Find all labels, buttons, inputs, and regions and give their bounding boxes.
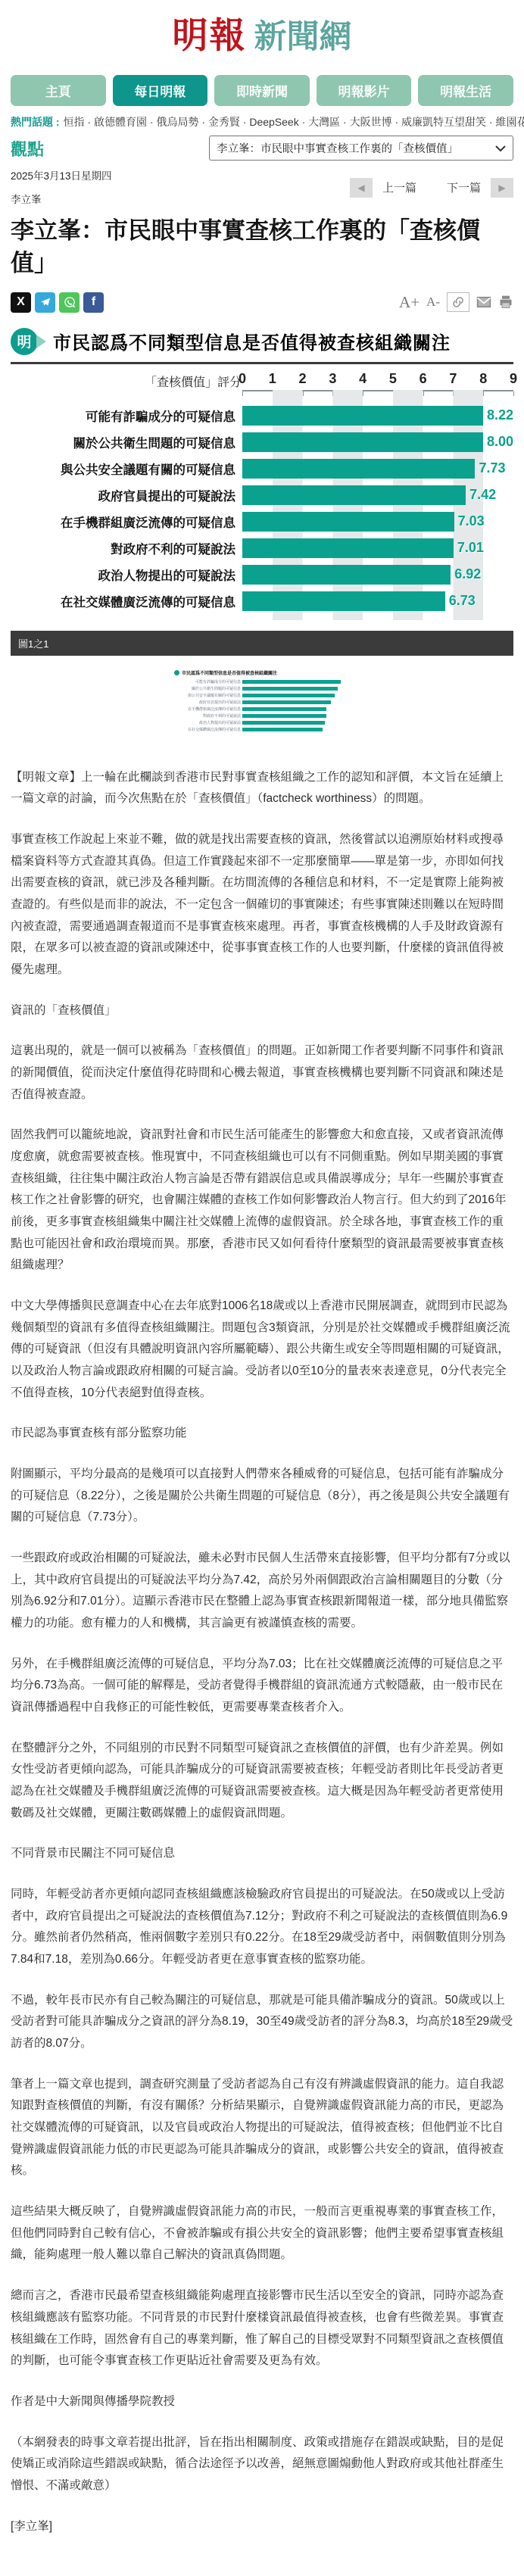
chart-bar bbox=[242, 459, 475, 479]
next-article-arrow-icon[interactable]: ▶ bbox=[491, 178, 513, 198]
axis-tick-label: 7 bbox=[449, 371, 457, 387]
mini-chart-row: 可能有詐騙成分的可疑信息 bbox=[174, 678, 350, 685]
chart-bar bbox=[242, 591, 445, 611]
main-nav: 主頁每日明報即時新聞明報影片明報生活 bbox=[0, 75, 524, 106]
article-paragraph: 不過，較年長市民亦有自己較為關注的可疑信息，那就是可能具備詐騙成分的資訊。50歲… bbox=[11, 1990, 513, 2055]
logo-newsnet: 新聞網 bbox=[254, 19, 352, 55]
section-title: 觀點 bbox=[11, 137, 44, 161]
chart-bar-value: 7.42 bbox=[469, 487, 496, 503]
article-body: 【明報文章】上一輪在此欄談到香港市民對事實查核組織之工作的認知和評價，本文旨在延… bbox=[0, 736, 524, 2576]
article-paragraph: 固然我們可以籠統地說，資訊對社會和市民生活可能產生的影響愈大和愈直接，又或者資訊… bbox=[11, 1124, 513, 1277]
chart-bar bbox=[242, 485, 466, 505]
mini-chart-row: 在手機群組廣泛流傳的可疑信息 bbox=[174, 706, 350, 713]
page: 明報新聞網 主頁每日明報即時新聞明報影片明報生活 熱門話題 :恒指 · 啟德體育… bbox=[0, 0, 524, 2576]
next-article-link[interactable]: 下一篇 bbox=[447, 179, 481, 195]
mini-chart-header: 市民認爲不同類型信息是否值得被查核組織關注 bbox=[174, 669, 350, 676]
axis-tick-label: 2 bbox=[299, 371, 307, 387]
site-logo[interactable]: 明報新聞網 bbox=[0, 0, 524, 63]
hot-topics-list[interactable]: 恒指 · 啟德體育園 · 俄烏局勢 · 金秀賢 · DeepSeek · 大灣區… bbox=[64, 116, 524, 128]
article-paragraph: 附圖顯示，平均分最高的是幾項可以直接對人們帶來各種威脅的可疑信息，包括可能有詐騙… bbox=[11, 1464, 513, 1529]
chart-axis-label: 「查核價值」評分 bbox=[11, 371, 242, 390]
chart-bar-label: 政府官員提出的可疑說法 bbox=[11, 486, 242, 504]
hot-topics-bar: 熱門話題 :恒指 · 啟德體育園 · 俄烏局勢 · 金秀賢 · DeepSeek… bbox=[0, 106, 524, 129]
prev-article-arrow-icon[interactable]: ◀ bbox=[350, 178, 373, 198]
mini-chart-row: 在社交媒體廣泛流傳的可疑信息 bbox=[174, 726, 350, 733]
printer-icon bbox=[498, 295, 513, 310]
article-author: 李立峯 bbox=[11, 191, 112, 206]
font-size-increase-button[interactable]: A+ bbox=[399, 293, 420, 312]
mini-chart: 市民認爲不同類型信息是否值得被查核組織關注 可能有詐騙成分的可疑信息關於公共衛生… bbox=[174, 669, 350, 733]
axis-tick-mark bbox=[513, 391, 514, 396]
chart-bar-value: 8.22 bbox=[487, 407, 513, 423]
article-paragraph: 中文大學傳播與民意調查中心在去年底對1006名18歲或以上香港市民開展調查，就問… bbox=[11, 1296, 513, 1404]
chart-bar bbox=[242, 538, 454, 558]
article-paragraph: 在整體評分之外，不同組別的市民對不同類型可疑資訊之查核價值的評價，也有少許差異。… bbox=[11, 1738, 513, 1825]
mingpao-bubble-icon: 明 bbox=[11, 328, 38, 355]
article-paragraph: 一些跟政府或政治相關的可疑說法，雖未必對市民個人生活帶來直接影響，但平均分都有7… bbox=[11, 1548, 513, 1635]
axis-tick-label: 8 bbox=[479, 371, 487, 387]
article-paragraph: [李立峯] bbox=[11, 2516, 513, 2538]
chart-row: 關於公共衛生問題的可疑信息8.00 bbox=[11, 432, 513, 452]
chart-bar-track: 8.00 bbox=[242, 432, 513, 452]
article-tools: A+ A- bbox=[399, 292, 513, 312]
share-x-icon[interactable]: X bbox=[11, 292, 31, 313]
chart-bar-value: 7.73 bbox=[479, 460, 505, 476]
mini-bubble-icon bbox=[174, 670, 179, 675]
article-paragraph: 作者是中大新聞與傳播學院教授 bbox=[11, 2391, 513, 2413]
article-paragraph: 不同背景市民關注不同可疑信息 bbox=[11, 1843, 513, 1865]
font-size-decrease-button[interactable]: A- bbox=[426, 295, 440, 310]
share-telegram-icon[interactable] bbox=[35, 292, 55, 313]
chart-bar-track: 7.03 bbox=[242, 512, 513, 532]
chart-row: 在社交媒體廣泛流傳的可疑信息6.73 bbox=[11, 591, 513, 611]
chart-bar-label: 可能有詐騙成分的可疑信息 bbox=[11, 407, 242, 425]
article-select-value: 李立峯：市民眼中事實查核工作裏的「查核價值」 bbox=[217, 140, 458, 156]
article-paragraph: 另外，在手機群組廣泛流傳的可疑信息，平均分為7.03；比在社交媒體廣泛流傳的可疑… bbox=[11, 1654, 513, 1719]
article-figure-thumbnail[interactable]: 市民認爲不同類型信息是否值得被查核組織關注 可能有詐騙成分的可疑信息關於公共衛生… bbox=[0, 669, 524, 733]
axis-tick-label: 4 bbox=[359, 371, 366, 387]
chart-bar-track: 6.73 bbox=[242, 591, 513, 611]
chart-divider bbox=[11, 362, 513, 364]
chart-axis-row: 「查核價值」評分 0123456789 bbox=[11, 371, 513, 390]
chart-row: 可能有詐騙成分的可疑信息8.22 bbox=[11, 406, 513, 426]
chart-bar-label: 關於公共衛生問題的可疑信息 bbox=[11, 433, 242, 451]
print-button[interactable] bbox=[498, 295, 513, 310]
chevron-down-icon bbox=[495, 145, 506, 152]
chart-row: 在手機群組廣泛流傳的可疑信息7.03 bbox=[11, 512, 513, 532]
axis-tick-label: 9 bbox=[510, 371, 517, 387]
share-facebook-icon[interactable]: f bbox=[83, 292, 104, 313]
article-pager: ◀ 上一篇 下一篇 ▶ bbox=[350, 169, 513, 206]
chart-title: 市民認爲不同類型信息是否值得被查核組織關注 bbox=[53, 328, 451, 354]
chart-bar-label: 與公共安全議題有關的可疑信息 bbox=[11, 460, 242, 478]
logo-mingpao: 明報 bbox=[173, 15, 247, 57]
chart-row: 政府官員提出的可疑說法7.42 bbox=[11, 485, 513, 505]
nav-tab[interactable]: 主頁 bbox=[11, 75, 106, 106]
axis-tick-label: 0 bbox=[239, 371, 246, 387]
chart-bar-label: 對政府不利的可疑說法 bbox=[11, 539, 242, 557]
chart-bar-track: 7.73 bbox=[242, 459, 513, 479]
article-select-dropdown[interactable]: 李立峯：市民眼中事實查核工作裏的「查核價值」 bbox=[209, 136, 513, 161]
chart-header: 明 市民認爲不同類型信息是否值得被查核組織關注 bbox=[11, 328, 513, 362]
copy-link-button[interactable] bbox=[447, 292, 469, 312]
chart-bar-value: 7.03 bbox=[458, 513, 485, 529]
hot-topics-label: 熱門話題 : bbox=[11, 116, 60, 128]
chart-bar bbox=[242, 432, 483, 452]
chart-rows: 可能有詐騙成分的可疑信息8.22關於公共衛生問題的可疑信息8.00與公共安全議題… bbox=[11, 395, 513, 620]
chart-row: 與公共安全議題有關的可疑信息7.73 bbox=[11, 459, 513, 479]
article-paragraph: 資訊的「查核價值」 bbox=[11, 1000, 513, 1022]
chart-bar-track: 8.22 bbox=[242, 406, 513, 426]
chart-bar bbox=[242, 565, 451, 585]
chart-module: 明 市民認爲不同類型信息是否值得被查核組織關注 「查核價值」評分 0123456… bbox=[11, 328, 513, 656]
chart-bar-value: 6.92 bbox=[454, 566, 481, 582]
chart-bar-track: 7.01 bbox=[242, 538, 513, 558]
article-title: 李立峯：市民眼中事實查核工作裏的「查核價值」 bbox=[11, 215, 513, 280]
article-paragraph: （本網發表的時事文章若提出批評，旨在指出相關制度、政策或措施存在錯誤或缺點，目的… bbox=[11, 2432, 513, 2497]
chart-bar-label: 在手機群組廣泛流傳的可疑信息 bbox=[11, 513, 242, 531]
article-meta-left: 2025年3月13日星期四 李立峯 bbox=[11, 167, 112, 206]
chart-bar-track: 7.42 bbox=[242, 485, 513, 505]
axis-tick-label: 6 bbox=[420, 371, 427, 387]
article-paragraph: 市民認為事實查核有部分監察功能 bbox=[11, 1423, 513, 1445]
article-paragraph: 這些結果大概反映了，自覺辨識虛假資訊能力高的市民，一般而言更重視專業的事實查核工… bbox=[11, 2201, 513, 2266]
prev-article-link[interactable]: 上一篇 bbox=[382, 179, 416, 195]
share-row: X f A+ A- bbox=[0, 286, 524, 317]
mini-chart-row: 政治人物提出的可疑說法 bbox=[174, 719, 350, 726]
mini-chart-row: 政府官員提出的可疑說法 bbox=[174, 699, 350, 706]
chart-row: 政治人物提出的可疑說法6.92 bbox=[11, 565, 513, 585]
axis-tick-label: 5 bbox=[389, 371, 397, 387]
nav-tab[interactable]: 明報影片 bbox=[317, 75, 412, 106]
article-meta: 2025年3月13日星期四 李立峯 ◀ 上一篇 下一篇 ▶ bbox=[0, 161, 524, 206]
mini-chart-rows: 可能有詐騙成分的可疑信息關於公共衛生問題的可疑信息與公共安全議題有關的可疑信息政… bbox=[174, 678, 350, 733]
section-row: 觀點 李立峯：市民眼中事實查核工作裏的「查核價值」 bbox=[0, 129, 524, 161]
chart-row: 對政府不利的可疑說法7.01 bbox=[11, 538, 513, 558]
link-icon bbox=[451, 295, 465, 309]
site-header: 明報新聞網 bbox=[0, 0, 524, 63]
chart-bar-label: 在社交媒體廣泛流傳的可疑信息 bbox=[11, 592, 242, 610]
chart-bar-track: 6.92 bbox=[242, 565, 513, 585]
article-date: 2025年3月13日星期四 bbox=[11, 167, 112, 182]
chart-bar-value: 6.73 bbox=[449, 593, 476, 609]
article-paragraph: 這裏出現的，就是一個可以被稱為「查核價值」的問題。正如新聞工作者要判斷不同事件和… bbox=[11, 1040, 513, 1106]
mini-chart-title: 市民認爲不同類型信息是否值得被查核組織關注 bbox=[182, 669, 277, 676]
chart-bar-value: 7.01 bbox=[457, 540, 484, 556]
chart-bar bbox=[242, 406, 483, 426]
figure-caption: 圖1之1 bbox=[11, 631, 513, 656]
axis-tick-label: 3 bbox=[329, 371, 336, 387]
article-paragraph: 筆者上一篇文章也提到，調查研究測量了受訪者認為自己有沒有辨識虛假資訊的能力。這自… bbox=[11, 2074, 513, 2182]
nav-tab[interactable]: 即時新聞 bbox=[214, 75, 310, 106]
chart-bar bbox=[242, 512, 454, 532]
share-whatsapp-icon[interactable] bbox=[59, 292, 80, 313]
article-paragraph: 總而言之，香港市民最希望查核組織能夠處理直接影響市民生活以至安全的資訊，同時亦認… bbox=[11, 2285, 513, 2372]
email-share-button[interactable] bbox=[476, 296, 491, 308]
article-paragraph: 【明報文章】上一輪在此欄談到香港市民對事實查核組織之工作的認知和評價，本文旨在延… bbox=[11, 767, 513, 810]
axis-tick-label: 1 bbox=[269, 371, 276, 387]
mini-chart-row: 關於公共衛生問題的可疑信息 bbox=[174, 685, 350, 692]
chart-bar-value: 8.00 bbox=[487, 434, 513, 450]
chart-bar-label: 政治人物提出的可疑說法 bbox=[11, 566, 242, 584]
nav-tab[interactable]: 明報生活 bbox=[418, 75, 513, 106]
share-icons: X f bbox=[11, 292, 104, 313]
article-paragraph: 同時，年輕受訪者亦更傾向認同查核組織應該檢驗政府官員提出的可疑說法。在50歲或以… bbox=[11, 1884, 513, 1971]
article-paragraph: 事實查核工作說起上來並不難，做的就是找出需要查核的資訊，然後嘗試以追溯原始材料或… bbox=[11, 829, 513, 981]
chart-axis-ticks: 0123456789 bbox=[242, 371, 513, 389]
mini-chart-row: 對政府不利的可疑說法 bbox=[174, 713, 350, 719]
nav-tab[interactable]: 每日明報 bbox=[113, 75, 208, 106]
envelope-icon bbox=[476, 296, 491, 308]
mini-chart-row: 與公共安全議題有關的可疑信息 bbox=[174, 692, 350, 699]
